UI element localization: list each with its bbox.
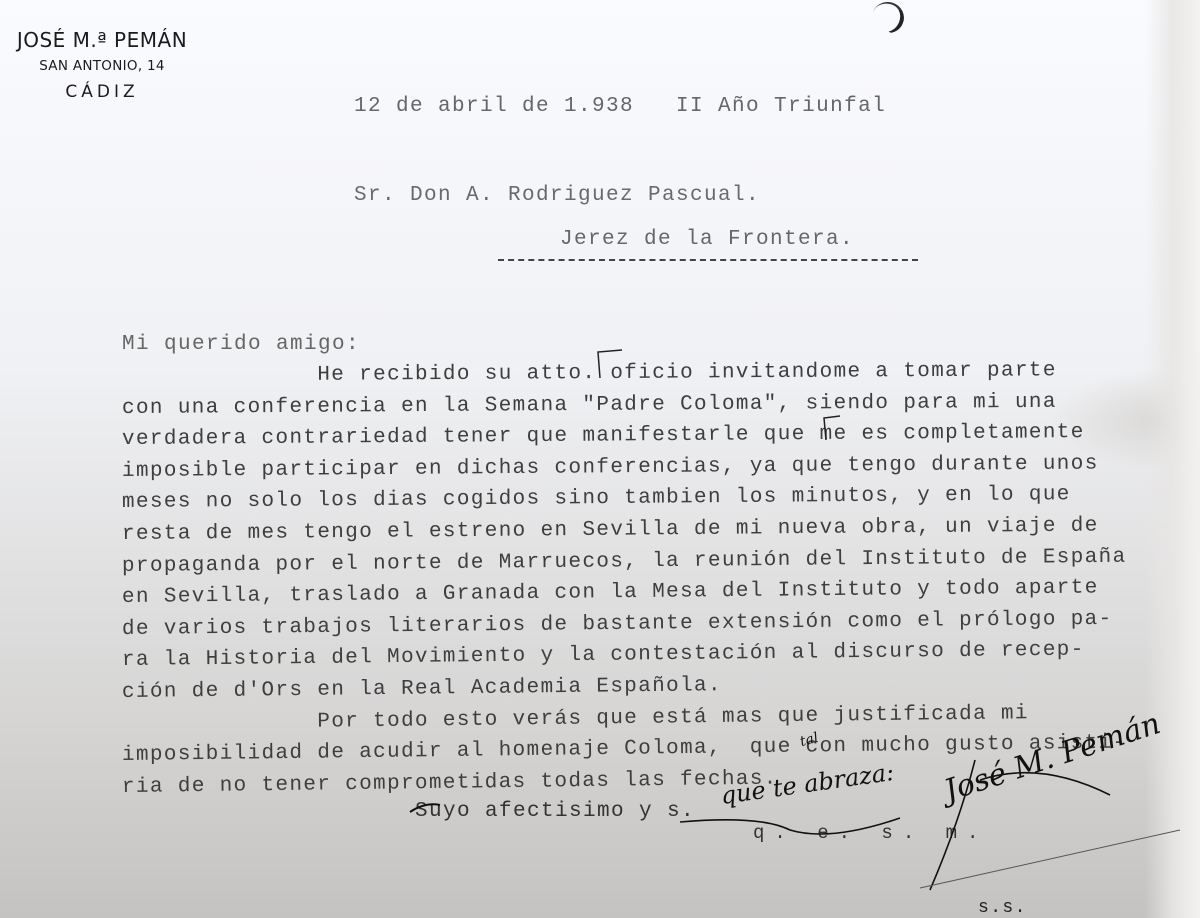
pen-strokes — [0, 0, 1200, 918]
footer-stamp: s.s. — [978, 898, 1027, 918]
letter-page: JOSÉ M.ª PEMÁN SAN ANTONIO, 14 CÁDIZ 12 … — [0, 0, 1200, 918]
